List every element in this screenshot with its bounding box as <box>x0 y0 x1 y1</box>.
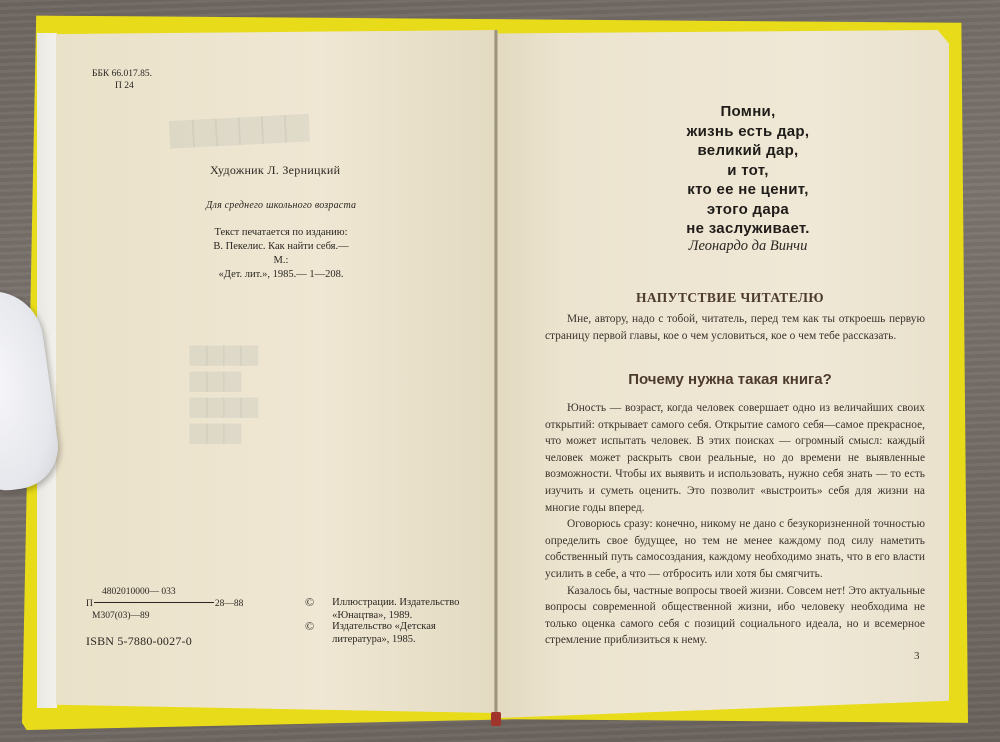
catalog-code-suffix: 28—88 <box>215 598 244 610</box>
epigraph: Помни, жизнь есть дар, великий дар, и то… <box>598 102 898 239</box>
epigraph-line: жизнь есть дар, <box>598 122 898 142</box>
copyright-publisher: © Издательство «Детская литература», 198… <box>305 620 436 646</box>
source-line: Текст печатается по изданию: <box>206 226 356 240</box>
artist-credit: Художник Л. Зерницкий <box>210 163 340 178</box>
epigraph-line: кто ее не ценит, <box>598 180 898 200</box>
epigraph-line: великий дар, <box>598 141 898 161</box>
bbk-code: ББК 66.017.85. <box>92 68 152 80</box>
intro-paragraph: Мне, автору, надо с тобой, читатель, пер… <box>545 311 925 344</box>
isbn: ISBN 5-7880-0027-0 <box>86 634 192 649</box>
fraction-line <box>94 602 214 603</box>
paragraph: Юность — возраст, когда человек совершае… <box>545 400 925 516</box>
headband <box>491 712 501 726</box>
audience-note: Для среднего школьного возраста <box>206 200 356 211</box>
paragraph: Казалось бы, частные вопросы твоей жизни… <box>545 583 925 649</box>
catalog-code-prefix: П <box>86 598 93 610</box>
page-number: 3 <box>914 650 920 662</box>
copyright-icon: © <box>305 620 314 646</box>
copyright-line: литература», 1985. <box>332 633 436 646</box>
chapter-title: НАПУТСТВИЕ ЧИТАТЕЛЮ <box>540 290 920 306</box>
source-edition: Текст печатается по изданию: В. Пекелис.… <box>206 226 356 282</box>
body-text: Юность — возраст, когда человек совершае… <box>545 400 925 649</box>
section-title: Почему нужна такая книга? <box>540 371 920 388</box>
bbk-classification: ББК 66.017.85. П 24 <box>92 68 152 92</box>
catalog-code: 4802010000— 033 П 28—88 М307(03)—89 <box>86 586 243 622</box>
source-line: В. Пекелис. Как найти себя.— М.: <box>206 240 356 268</box>
epigraph-line: этого дара <box>598 200 898 220</box>
catalog-code-bottom: М307(03)—89 <box>86 610 243 622</box>
bbk-index: П 24 <box>92 80 152 92</box>
epigraph-line: и тот, <box>598 161 898 181</box>
source-line: «Дет. лит.», 1985.— 1—208. <box>206 268 356 282</box>
copyright-line: Иллюстрации. Издательство <box>332 596 459 609</box>
catalog-code-top: 4802010000— 033 <box>86 586 243 598</box>
epigraph-line: Помни, <box>598 102 898 122</box>
epigraph-author: Леонардо да Винчи <box>598 238 898 255</box>
paragraph: Оговорюсь сразу: конечно, никому не дано… <box>545 516 925 582</box>
epigraph-line: не заслуживает. <box>598 219 898 239</box>
copyright-illustrations: © Иллюстрации. Издательство «Юнацтва», 1… <box>305 596 459 622</box>
book-spine-gutter <box>494 30 498 718</box>
copyright-line: Издательство «Детская <box>332 620 436 633</box>
paragraph: Мне, автору, надо с тобой, читатель, пер… <box>545 311 925 344</box>
